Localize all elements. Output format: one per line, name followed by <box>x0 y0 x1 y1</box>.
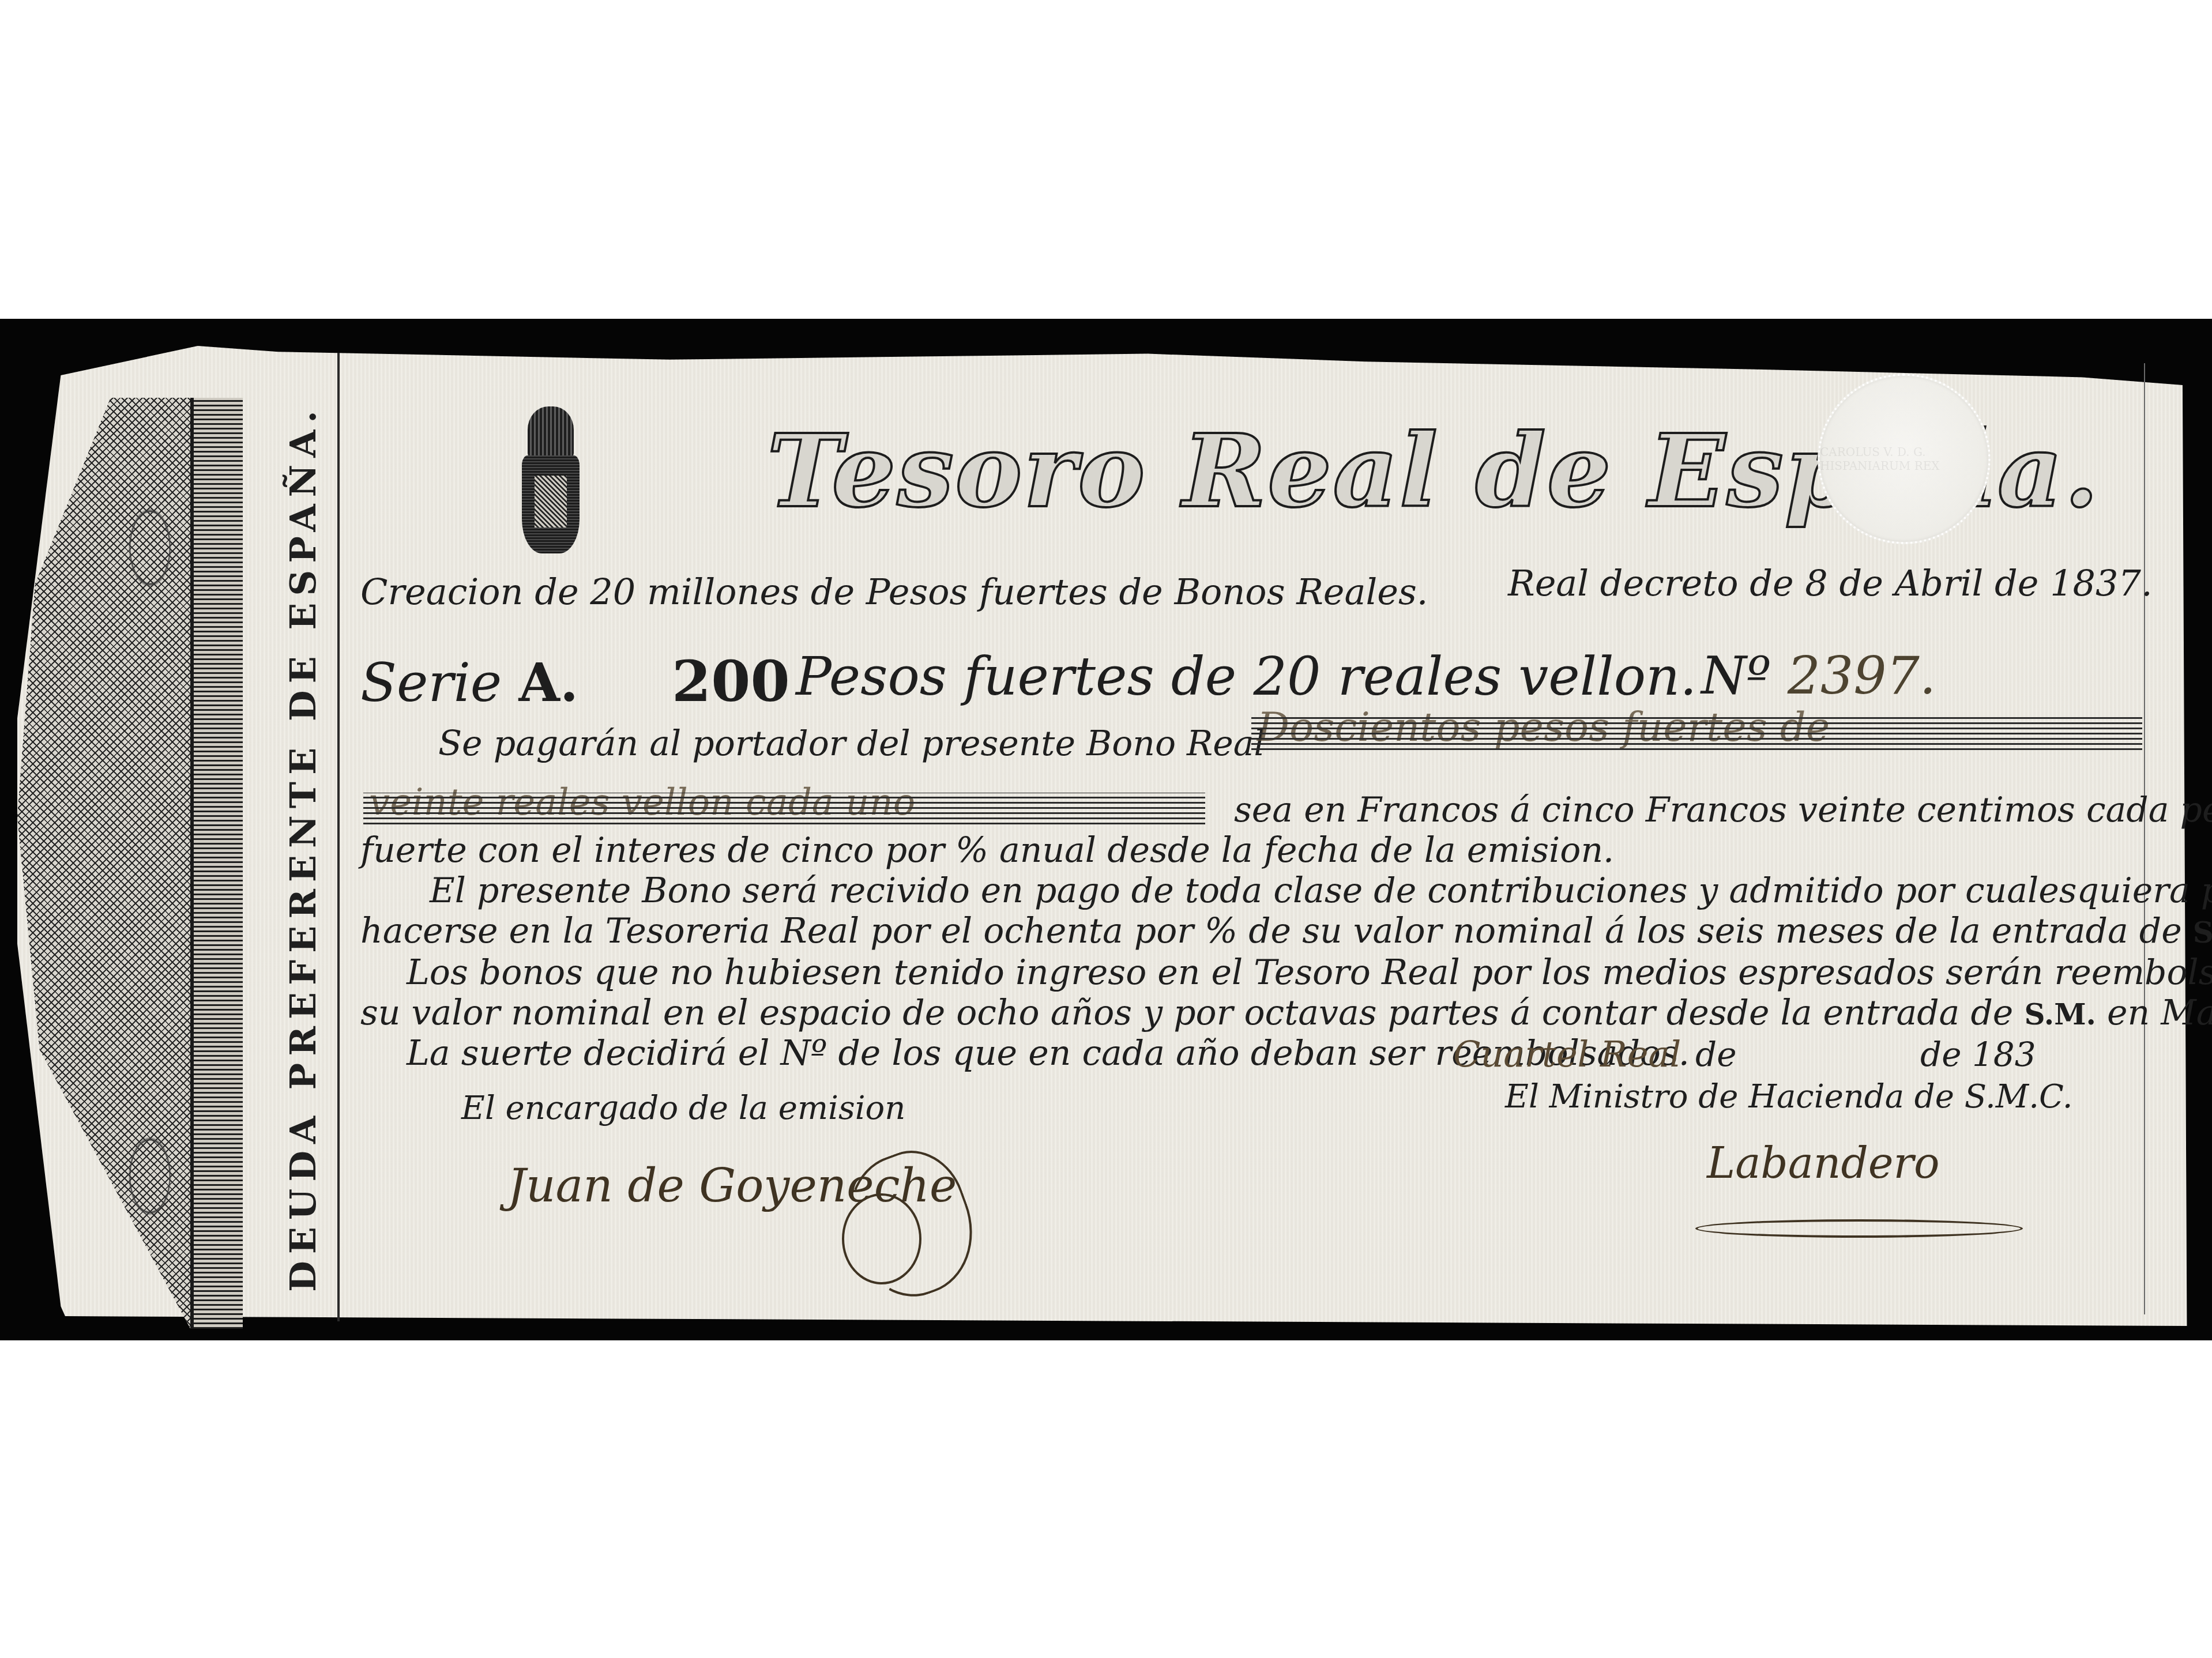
embossed-seal-icon: CAROLUS V. D. G. HISPANIARUM REX <box>1818 374 1991 544</box>
body-line-4: El presente Bono será recivido en pago d… <box>430 871 2212 911</box>
strike-through-lines-1 <box>1251 717 2142 750</box>
royal-crest-icon <box>522 406 580 562</box>
serie-label: Serie A. <box>360 651 578 714</box>
number-value: 2397. <box>1788 646 1936 706</box>
crown-icon <box>528 406 574 458</box>
stub-legend-text: DEUDA PREFERENTE DE ESPAÑA. <box>282 404 324 1292</box>
body-line-3: fuerte con el interes de cinco por % anu… <box>360 830 1614 871</box>
right-margin-line <box>2144 363 2145 1314</box>
body-line-6: Los bonos que no hubiesen tenido ingreso… <box>407 952 2212 993</box>
right-signature-flourish <box>1695 1219 2023 1238</box>
engraved-ornament-border <box>190 398 243 1329</box>
bond-number: Nº 2397. <box>1701 646 1936 706</box>
left-signature-flourish-loop <box>842 1193 921 1284</box>
number-label: Nº <box>1701 646 1771 706</box>
date-de-1: de <box>1695 1035 1736 1074</box>
stub-separator-line <box>337 353 340 1321</box>
amount-value: 200 <box>672 649 790 715</box>
date-year: de 183 <box>1920 1035 2036 1074</box>
body-line-5-pre: hacerse en la Tesoreria Real por el oche… <box>360 911 2182 951</box>
body-line-2: sea en Francos á cinco Francos veinte ce… <box>1234 790 2212 830</box>
body-line-5: hacerse en la Tesoreria Real por el oche… <box>360 911 2212 951</box>
seal-legend: CAROLUS V. D. G. HISPANIARUM REX <box>1820 376 1988 542</box>
denomination-unit: Pesos fuertes de 20 reales vellon. <box>796 646 1697 707</box>
shield-quarters <box>535 476 567 527</box>
serie-letter: A. <box>519 651 578 714</box>
serie-word: Serie <box>360 652 502 714</box>
left-signatory-title: El encargado de la emision <box>461 1090 905 1127</box>
place-handwritten: Cuartel Real <box>1453 1033 1681 1075</box>
body-line-7-bold: S.M. <box>2024 997 2096 1031</box>
body-line-5-bold: S.M.C.D. CARLOS Vº <box>2193 915 2212 949</box>
body-line-7-pre: su valor nominal en el espacio de ocho a… <box>360 993 2013 1033</box>
body-line-1: Se pagarán al portador del presente Bono… <box>438 724 1265 764</box>
stub-vertical-legend: DEUDA PREFERENTE DE ESPAÑA. <box>271 450 334 1245</box>
creation-line: Creacion de 20 millones de Pesos fuertes… <box>360 571 1428 613</box>
right-signatory-title: El Ministro de Hacienda de S.M.C. <box>1505 1078 2073 1116</box>
right-signature: Labandero <box>1707 1139 1940 1188</box>
decree-line: Real decreto de 8 de Abril de 1837. <box>1508 562 2153 604</box>
strike-through-lines-2 <box>363 793 1205 824</box>
body-line-7-post: en Madrid. <box>2107 993 2212 1033</box>
body-line-7: su valor nominal en el espacio de ocho a… <box>360 993 2212 1033</box>
